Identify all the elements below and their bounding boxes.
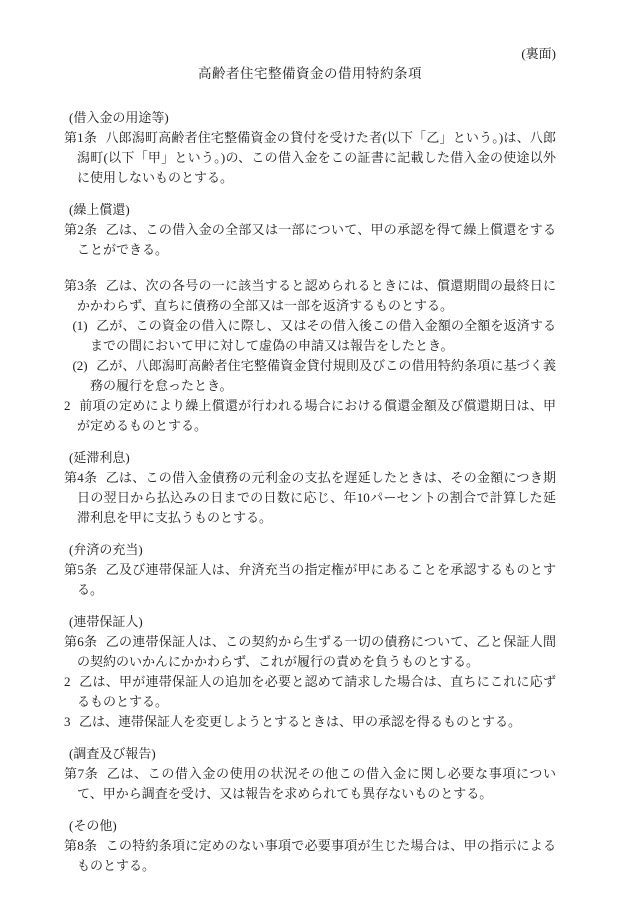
article-paragraph: 第2条乙は、この借入金の全部又は一部について、甲の承認を得て繰上償還をすることが… bbox=[64, 220, 556, 260]
clause-text: 乙は、この借入金債務の元利金の支払を遅延したときは、その金額につき期日の翌日から… bbox=[77, 470, 556, 525]
section: (連帯保証人)第6条乙の連帯保証人は、この契約から生ずる一切の債務について、乙と… bbox=[64, 612, 556, 732]
clause-text: 八郎潟町高齢者住宅整備資金の貸付を受けた者(以下「乙」という。)は、八郎潟町(以… bbox=[77, 130, 556, 185]
clause-label: 第4条 bbox=[64, 470, 97, 485]
clause-label: 第6条 bbox=[64, 634, 97, 649]
clause-text: 乙は、甲が連帯保証人の追加を必要と認めて請求した場合は、直ちにこれに応ずるものと… bbox=[77, 674, 556, 709]
clause-text: 乙及び連帯保証人は、弁済充当の指定権が甲にあることを承認するものとする。 bbox=[77, 562, 556, 597]
clause-text: 乙が、八郎潟町高齢者住宅整備資金貸付規則及びこの借用特約条項に基づく義務の履行を… bbox=[90, 358, 556, 393]
section-heading: (繰上償還) bbox=[69, 200, 556, 220]
section: (借入金の用途等)第1条八郎潟町高齢者住宅整備資金の貸付を受けた者(以下「乙」と… bbox=[64, 108, 556, 188]
section-heading: (その他) bbox=[69, 816, 556, 836]
article-paragraph: 第4条乙は、この借入金債務の元利金の支払を遅延したときは、その金額につき期日の翌… bbox=[64, 468, 556, 528]
subclause-paragraph: 2乙は、甲が連帯保証人の追加を必要と認めて請求した場合は、直ちにこれに応ずるもの… bbox=[64, 672, 556, 712]
clause-label: 第2条 bbox=[64, 222, 97, 237]
section-heading: (調査及び報告) bbox=[69, 744, 556, 764]
section-heading: (連帯保証人) bbox=[69, 612, 556, 632]
clause-label: 第8条 bbox=[64, 838, 97, 853]
article-paragraph: 第6条乙の連帯保証人は、この契約から生ずる一切の債務について、乙と保証人間の契約… bbox=[64, 632, 556, 672]
clause-text: 乙の連帯保証人は、この契約から生ずる一切の債務について、乙と保証人間の契約のいか… bbox=[77, 634, 556, 669]
clause-text: この特約条項に定めのない事項で必要事項が生じた場合は、甲の指示によるものとする。 bbox=[77, 838, 556, 873]
clause-text: 乙は、次の各号の一に該当すると認められるときには、償還期間の最終日にかかわらず、… bbox=[77, 278, 556, 313]
section: (調査及び報告)第7条乙は、この借入金の使用の状況その他この借入金に関し必要な事… bbox=[64, 744, 556, 804]
document-body: (借入金の用途等)第1条八郎潟町高齢者住宅整備資金の貸付を受けた者(以下「乙」と… bbox=[64, 108, 556, 876]
clause-text: 乙は、連帯保証人を変更しようとするときは、甲の承認を得るものとする。 bbox=[79, 714, 521, 729]
clause-label: (2) bbox=[72, 358, 87, 373]
clause-label: 2 bbox=[64, 398, 71, 413]
article-paragraph: 第8条この特約条項に定めのない事項で必要事項が生じた場合は、甲の指示によるものと… bbox=[64, 836, 556, 876]
document-title: 高齢者住宅整備資金の借用特約条項 bbox=[64, 64, 556, 84]
item-paragraph: (1)乙が、この資金の借入に際し、又はその借入後この借入金額の全額を返済するまで… bbox=[64, 316, 556, 356]
clause-label: 第1条 bbox=[64, 130, 97, 145]
clause-text: 乙は、この借入金の使用の状況その他この借入金に関し必要な事項について、甲から調査… bbox=[77, 766, 556, 801]
subclause-paragraph: 3乙は、連帯保証人を変更しようとするときは、甲の承認を得るものとする。 bbox=[64, 712, 556, 732]
clause-label: 3 bbox=[64, 714, 71, 729]
section-heading: (延滞利息) bbox=[69, 448, 556, 468]
section-heading: (弁済の充当) bbox=[69, 540, 556, 560]
section: (繰上償還)第2条乙は、この借入金の全部又は一部について、甲の承認を得て繰上償還… bbox=[64, 200, 556, 436]
clause-label: (1) bbox=[72, 318, 87, 333]
clause-text: 乙が、この資金の借入に際し、又はその借入後この借入金額の全額を返済するまでの間に… bbox=[90, 318, 556, 353]
article-paragraph: 第7条乙は、この借入金の使用の状況その他この借入金に関し必要な事項について、甲か… bbox=[64, 764, 556, 804]
item-paragraph: (2)乙が、八郎潟町高齢者住宅整備資金貸付規則及びこの借用特約条項に基づく義務の… bbox=[64, 356, 556, 396]
clause-text: 乙は、この借入金の全部又は一部について、甲の承認を得て繰上償還をすることができる… bbox=[77, 222, 556, 257]
clause-text: 前項の定めにより繰上償還が行われる場合における償還金額及び償還期日は、甲が定める… bbox=[77, 398, 556, 433]
clause-label: 第5条 bbox=[64, 562, 97, 577]
clause-label: 第3条 bbox=[64, 278, 97, 293]
section: (弁済の充当)第5条乙及び連帯保証人は、弁済充当の指定権が甲にあることを承認する… bbox=[64, 540, 556, 600]
article-paragraph: 第1条八郎潟町高齢者住宅整備資金の貸付を受けた者(以下「乙」という。)は、八郎潟… bbox=[64, 128, 556, 188]
article-paragraph: 第3条乙は、次の各号の一に該当すると認められるときには、償還期間の最終日にかかわ… bbox=[64, 276, 556, 316]
clause-label: 第7条 bbox=[64, 766, 98, 781]
clause-label: 2 bbox=[64, 674, 71, 689]
article-paragraph: 第5条乙及び連帯保証人は、弁済充当の指定権が甲にあることを承認するものとする。 bbox=[64, 560, 556, 600]
section: (その他)第8条この特約条項に定めのない事項で必要事項が生じた場合は、甲の指示に… bbox=[64, 816, 556, 876]
page-side-note: (裏面) bbox=[64, 44, 556, 64]
section-heading: (借入金の用途等) bbox=[69, 108, 556, 128]
section: (延滞利息)第4条乙は、この借入金債務の元利金の支払を遅延したときは、その金額に… bbox=[64, 448, 556, 528]
subclause-paragraph: 2前項の定めにより繰上償還が行われる場合における償還金額及び償還期日は、甲が定め… bbox=[64, 396, 556, 436]
document-page: (裏面) 高齢者住宅整備資金の借用特約条項 (借入金の用途等)第1条八郎潟町高齢… bbox=[0, 0, 630, 903]
